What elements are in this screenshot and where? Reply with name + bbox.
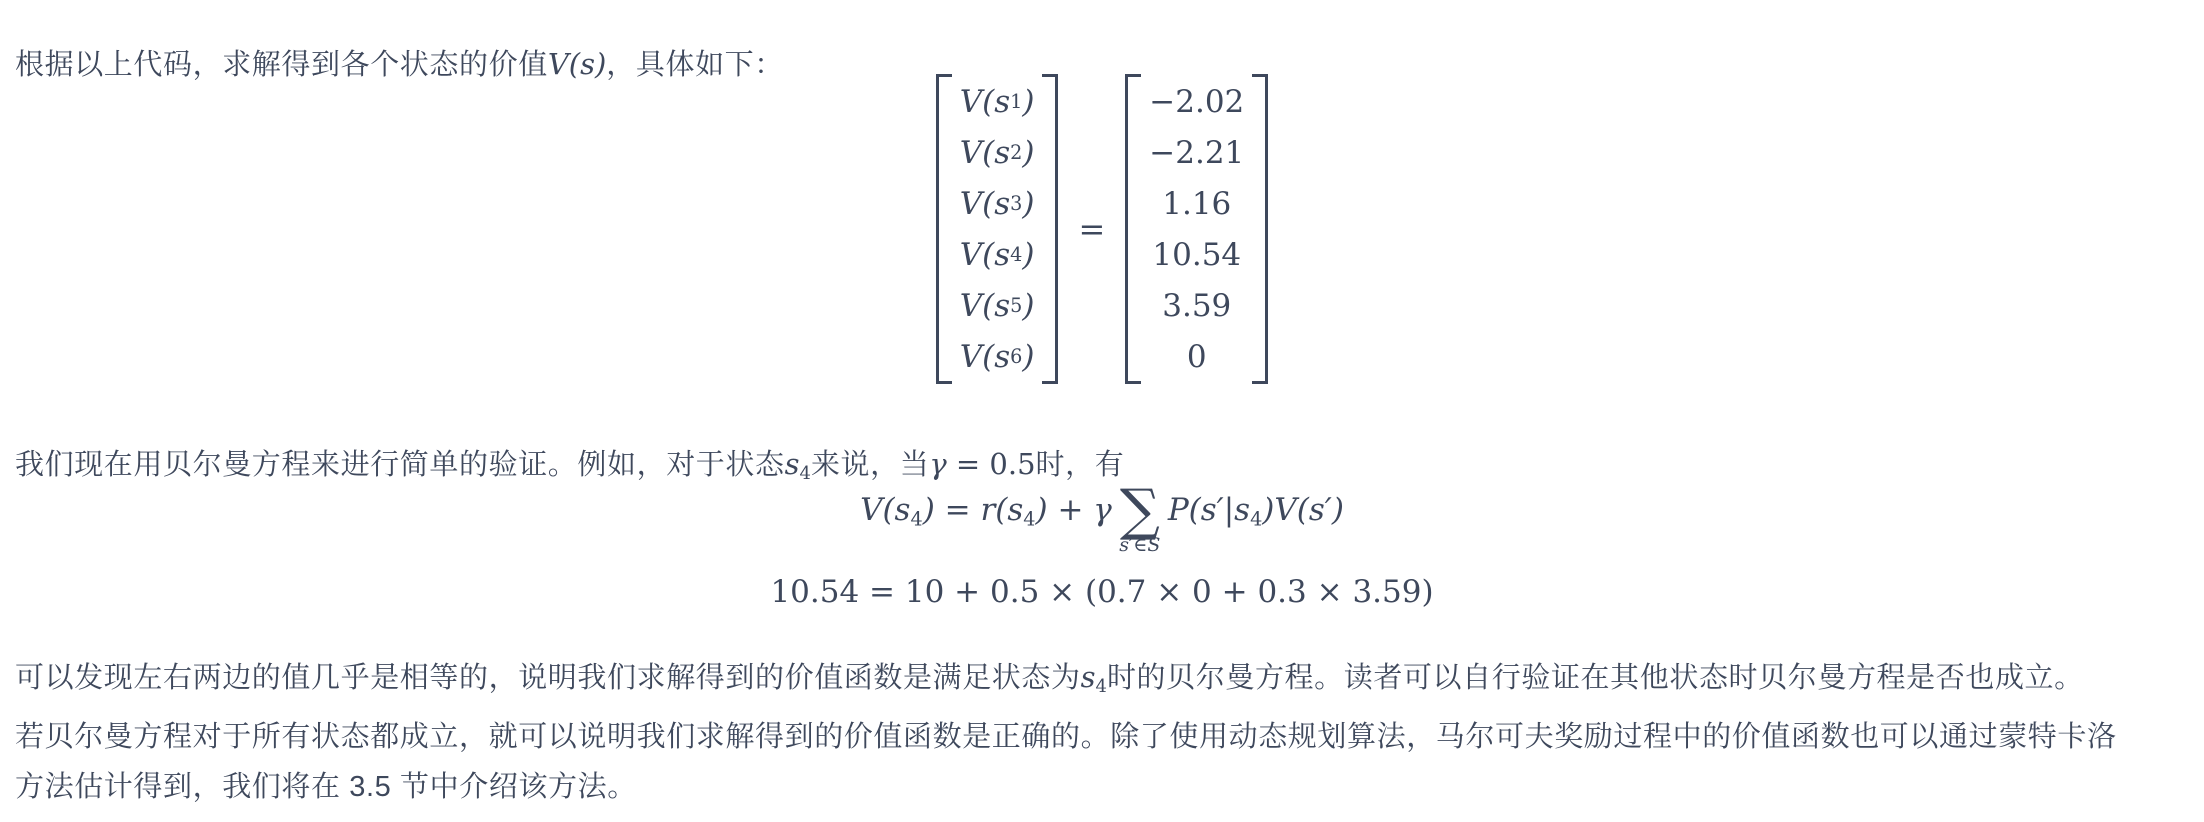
left-bracket xyxy=(1125,74,1141,384)
matrix-cell: V(s3) xyxy=(960,178,1035,229)
equals-sign: = xyxy=(1078,210,1105,248)
matrix-cell: V(s6) xyxy=(960,331,1035,382)
left-bracket xyxy=(936,74,952,384)
matrix-cell: V(s5) xyxy=(960,280,1035,331)
verify-text-post: 时，有 xyxy=(1036,449,1125,481)
verify-text-pre: 我们现在用贝尔曼方程来进行简单的验证。例如，对于状态 xyxy=(15,449,785,481)
right-bracket xyxy=(1252,74,1268,384)
conclusion-line-3: 方法估计得到，我们将在 3.5 节中介绍该方法。 xyxy=(15,762,2117,812)
matrix-value: −2.02 xyxy=(1149,76,1244,127)
inline-math-state-s4: s4 xyxy=(785,447,811,481)
matrix-cell: V(s2) xyxy=(960,127,1035,178)
matrix-cell: V(s4) xyxy=(960,229,1035,280)
matrix-value: 0 xyxy=(1149,331,1244,382)
numeric-verification-equation: 10.54 = 10 + 0.5 × (0.7 × 0 + 0.3 × 3.59… xyxy=(0,574,2204,610)
conclusion-line-1: 可以发现左右两边的值几乎是相等的，说明我们求解得到的价值函数是满足状态为s4时的… xyxy=(15,652,2117,712)
state-value-vector-equation: V(s1) V(s2) V(s3) V(s4) V(s5) V(s6) = −2… xyxy=(0,74,2204,384)
matrix-value: 1.16 xyxy=(1149,178,1244,229)
summation-symbol: ∑s′∈S xyxy=(1120,482,1160,540)
matrix-value: 10.54 xyxy=(1149,229,1244,280)
inline-math-state-s4: s4 xyxy=(1081,660,1107,694)
right-bracket xyxy=(1042,74,1058,384)
rhs-matrix-cells: −2.02 −2.21 1.16 10.54 3.59 0 xyxy=(1141,74,1252,384)
summation-limit: s′∈S xyxy=(1119,534,1160,556)
verify-text-mid: 来说，当 xyxy=(811,449,929,481)
document-page: 根据以上代码，求解得到各个状态的价值V(s)，具体如下： V(s1) V(s2)… xyxy=(0,0,2204,822)
matrix-value: 3.59 xyxy=(1149,280,1244,331)
matrix-cell: V(s1) xyxy=(960,76,1035,127)
bellman-equation: V(s4) = r(s4) + γ∑s′∈SP(s′|s4)V(s′) xyxy=(0,482,2204,540)
lhs-matrix-cells: V(s1) V(s2) V(s3) V(s4) V(s5) V(s6) xyxy=(952,74,1043,384)
rhs-value-matrix: −2.02 −2.21 1.16 10.54 3.59 0 xyxy=(1125,74,1268,384)
lhs-value-matrix: V(s1) V(s2) V(s3) V(s4) V(s5) V(s6) xyxy=(936,74,1059,384)
conclusion-line-2: 若贝尔曼方程对于所有状态都成立，就可以说明我们求解得到的价值函数是正确的。除了使… xyxy=(15,712,2117,762)
matrix-value: −2.21 xyxy=(1149,127,1244,178)
conclusion-paragraph: 可以发现左右两边的值几乎是相等的，说明我们求解得到的价值函数是满足状态为s4时的… xyxy=(15,652,2117,812)
inline-math-gamma: γ = 0.5 xyxy=(929,447,1035,481)
